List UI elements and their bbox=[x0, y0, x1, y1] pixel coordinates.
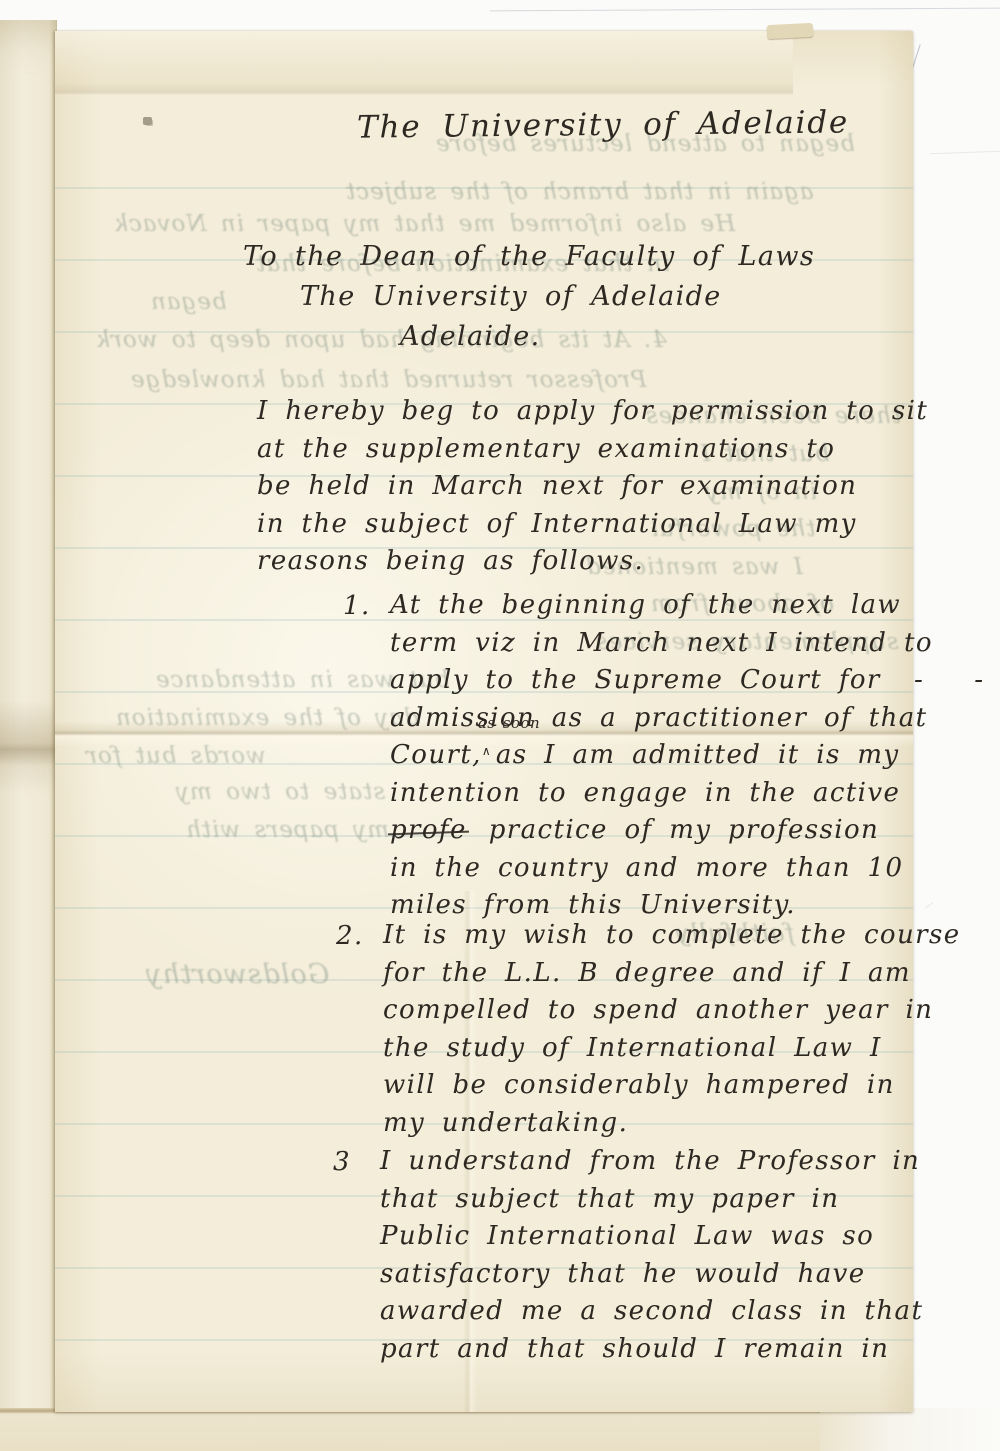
numbered-point-1: 1. At the beginning of the next law term… bbox=[343, 587, 984, 925]
underlying-sheet-bottom-right bbox=[820, 1408, 1000, 1451]
point-3-line: Public International Law was so bbox=[380, 1218, 923, 1256]
underlying-page-left-edge bbox=[0, 20, 57, 1451]
letter-content: The University of Adelaide To the Dean o… bbox=[55, 31, 913, 1412]
salutation-line-3: Adelaide. bbox=[400, 317, 815, 357]
letter-page: began to attend lectures beforeagain in … bbox=[55, 31, 913, 1412]
point-2-line: will be considerably hampered in bbox=[383, 1067, 960, 1105]
point-1-number: 1. bbox=[343, 588, 371, 626]
intro-line: in the subject of International Law my bbox=[257, 506, 928, 544]
point-1-line-with-strikeout: profepractice of my profession bbox=[390, 812, 984, 850]
scanner-scratch-line bbox=[930, 151, 1000, 154]
point-2-line: compelled to spend another year in bbox=[383, 992, 960, 1030]
point-1-line: At the beginning of the next law bbox=[390, 587, 984, 625]
point-3-line: awarded me a second class in that bbox=[380, 1293, 923, 1331]
intro-line: at the supplementary examinations to bbox=[257, 431, 928, 469]
scanner-scratch-line bbox=[912, 44, 920, 67]
caret-mark: ∧ bbox=[482, 733, 492, 771]
scanned-document-scene: began to attend lectures beforeagain in … bbox=[0, 0, 1000, 1451]
intro-paragraph: I hereby beg to apply for permission to … bbox=[257, 393, 928, 581]
point-2-line: my undertaking. bbox=[383, 1105, 960, 1143]
letterhead-title: The University of Adelaide bbox=[357, 104, 849, 145]
point-1-lines: At the beginning of the next law term vi… bbox=[390, 587, 984, 925]
point-3-line: that subject that my paper in bbox=[380, 1181, 923, 1219]
intro-line: I hereby beg to apply for permission to … bbox=[257, 393, 928, 431]
point-2-line: It is my wish to complete the course bbox=[383, 917, 960, 955]
salutation-line-1: To the Dean of the Faculty of Laws bbox=[243, 237, 815, 277]
point-1-line-with-insertion: Court,as soon∧as I am admitted it is my bbox=[390, 737, 984, 775]
left-edge-fold-flap bbox=[0, 700, 57, 795]
intro-line: be held in March next for examination bbox=[257, 468, 928, 506]
point-1-line: apply to the Supreme Court for - - bbox=[390, 662, 984, 700]
point-3-lines: I understand from the Professor in that … bbox=[380, 1143, 923, 1368]
scanner-scratch-line bbox=[490, 8, 1000, 12]
point-2-lines: It is my wish to complete the course for… bbox=[383, 917, 960, 1142]
numbered-point-2: 2. It is my wish to complete the course … bbox=[336, 917, 960, 1142]
salutation-block: To the Dean of the Faculty of Laws The U… bbox=[243, 237, 815, 357]
intro-line: reasons being as follows. bbox=[257, 543, 928, 581]
point-3-line: satisfactory that he would have bbox=[380, 1256, 923, 1294]
point-2-number: 2. bbox=[336, 918, 364, 956]
point-3-number: 3 bbox=[333, 1144, 351, 1182]
point-3-line: part and that should I remain in bbox=[380, 1331, 923, 1369]
line-text: as I am admitted it is my bbox=[496, 740, 900, 770]
point-2-line: the study of International Law I bbox=[383, 1030, 960, 1068]
point-1-line: in the country and more than 10 bbox=[390, 850, 984, 888]
point-1-line: intention to engage in the active bbox=[390, 775, 984, 813]
struck-word: profe bbox=[390, 815, 467, 845]
point-1-line: term viz in March next I intend to bbox=[390, 625, 984, 663]
underlying-sheet-bottom bbox=[0, 1408, 820, 1451]
line-text: Court, bbox=[390, 740, 482, 770]
point-2-line: for the L.L. B degree and if I am bbox=[383, 955, 960, 993]
line-text: practice of my profession bbox=[489, 815, 879, 845]
salutation-line-2: The University of Adelaide bbox=[300, 277, 815, 317]
point-3-line: I understand from the Professor in bbox=[380, 1143, 923, 1181]
numbered-point-3: 3 I understand from the Professor in tha… bbox=[333, 1143, 923, 1368]
